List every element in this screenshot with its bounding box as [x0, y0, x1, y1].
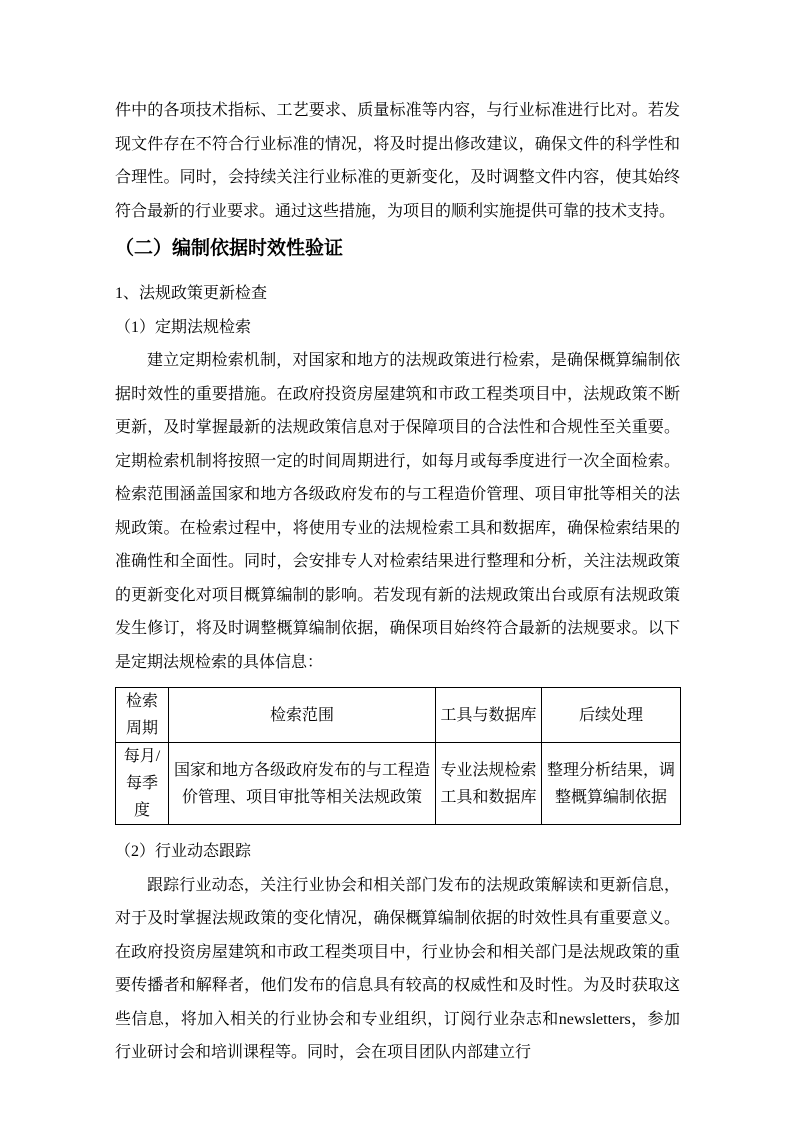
table-cell-followup: 整理分析结果，调整概算编制依据 [542, 743, 681, 825]
table-header-row: 检索周期 检索范围 工具与数据库 后续处理 [116, 688, 681, 743]
sub-item-industry-tracking: （2）行业动态跟踪 [115, 835, 680, 869]
paragraph-periodic-search: 建立定期检索机制，对国家和地方的法规政策进行检索，是确保概算编制依据时效性的重要… [115, 344, 680, 679]
table-cell-cycle: 每月/每季度 [116, 743, 169, 825]
document-page: 件中的各项技术指标、工艺要求、质量标准等内容，与行业标准进行比对。若发现文件存在… [0, 0, 793, 1122]
table-cell-scope: 国家和地方各级政府发布的与工程造价管理、项目审批等相关法规政策 [169, 743, 436, 825]
list-item-regulation-check: 1、法规政策更新检查 [115, 277, 680, 311]
table-header-scope: 检索范围 [169, 688, 436, 743]
table-header-followup: 后续处理 [542, 688, 681, 743]
table-header-tools: 工具与数据库 [436, 688, 542, 743]
table-row: 每月/每季度 国家和地方各级政府发布的与工程造价管理、项目审批等相关法规政策 专… [116, 743, 681, 825]
table-header-cycle: 检索周期 [116, 688, 169, 743]
table-cell-tools: 专业法规检索工具和数据库 [436, 743, 542, 825]
paragraph-intro: 件中的各项技术指标、工艺要求、质量标准等内容，与行业标准进行比对。若发现文件存在… [115, 94, 680, 228]
paragraph-industry-tracking: 跟踪行业动态，关注行业协会和相关部门发布的法规政策解读和更新信息，对于及时掌握法… [115, 869, 680, 1070]
legal-search-table: 检索周期 检索范围 工具与数据库 后续处理 每月/每季度 国家和地方各级政府发布… [115, 687, 681, 825]
section-heading: （二）编制依据时效性验证 [115, 231, 680, 267]
sub-item-periodic-search: （1）定期法规检索 [115, 311, 680, 345]
